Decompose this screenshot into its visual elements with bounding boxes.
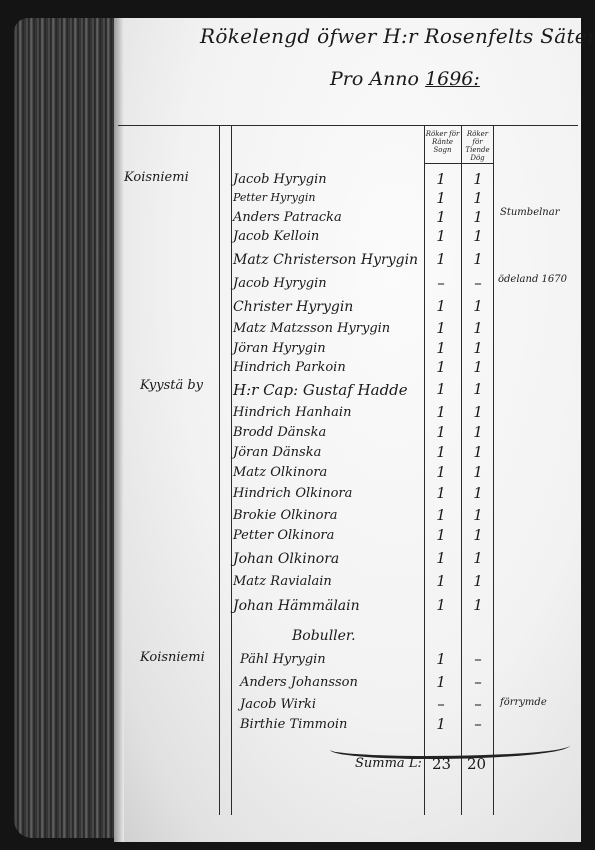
- row-name: Petter Olkinora: [233, 528, 334, 543]
- row-col1-value: 1: [430, 227, 452, 245]
- village-label: Kyystä by: [140, 378, 203, 393]
- row-name: Hindrich Hanhain: [233, 405, 351, 420]
- row-col2-value: –: [467, 695, 489, 713]
- name-column-rule-inner: [231, 125, 232, 815]
- row-col2-value: 1: [467, 227, 489, 245]
- row-name: Pähl Hyrygin: [240, 652, 326, 667]
- row-col1-value: 1: [430, 319, 452, 337]
- row-name: Hindrich Olkinora: [233, 486, 352, 501]
- row-name: Johan Hämmälain: [233, 598, 360, 614]
- row-col2-value: 1: [467, 549, 489, 567]
- row-col1-value: 1: [430, 208, 452, 226]
- row-col1-value: –: [430, 695, 452, 713]
- row-name: Brokie Olkinora: [233, 508, 337, 523]
- name-column-rule: [219, 125, 220, 815]
- row-col2-value: 1: [467, 250, 489, 268]
- col1-right-rule: [461, 125, 462, 815]
- row-col1-value: 1: [430, 443, 452, 461]
- scan-border: [581, 0, 595, 850]
- row-col1-value: 1: [430, 673, 452, 691]
- row-col2-value: –: [467, 673, 489, 691]
- page-subtitle: Pro Anno 1696:: [330, 68, 480, 90]
- row-name: Anders Johansson: [240, 675, 358, 690]
- row-col1-value: 1: [430, 403, 452, 421]
- row-name: Matz Ravialain: [233, 574, 332, 589]
- row-name: Johan Olkinora: [233, 551, 339, 567]
- summary-col1-total: 23: [432, 755, 451, 773]
- column-header-2: Röker för Tiende Dög: [462, 130, 493, 162]
- row-name: Jöran Dänska: [233, 445, 321, 460]
- row-col1-value: 1: [430, 549, 452, 567]
- page-title: Rökelengd öfwer H:r Rosenfelts Säteri: [200, 24, 595, 48]
- row-col2-value: 1: [467, 297, 489, 315]
- row-col2-value: –: [467, 650, 489, 668]
- row-col2-value: 1: [467, 484, 489, 502]
- page-gutter-shadow: [114, 18, 124, 842]
- row-col2-value: 1: [467, 423, 489, 441]
- village-label: Koisniemi: [124, 170, 189, 185]
- book-page-edges: [14, 18, 116, 838]
- row-col2-value: 1: [467, 358, 489, 376]
- row-name: H:r Cap: Gustaf Hadde: [233, 381, 408, 399]
- row-col1-value: 1: [430, 250, 452, 268]
- row-col2-value: 1: [467, 403, 489, 421]
- row-name: Birthie Timmoin: [240, 717, 347, 732]
- row-col1-value: 1: [430, 297, 452, 315]
- row-col1-value: 1: [430, 189, 452, 207]
- row-col2-value: 1: [467, 170, 489, 188]
- row-name: Jacob Hyrygin: [233, 172, 327, 187]
- row-name: Anders Patracka: [233, 210, 342, 225]
- subtitle-year: 1696:: [425, 68, 480, 90]
- row-name: Petter Hyrygin: [233, 191, 315, 204]
- row-name: Matz Matzsson Hyrygin: [233, 321, 390, 336]
- row-name: Hindrich Parkoin: [233, 360, 346, 375]
- row-note: ödeland 1670: [498, 274, 567, 285]
- summary-label: Summa L:: [355, 756, 422, 771]
- row-name: Jacob Kelloin: [233, 229, 319, 244]
- row-note: Stumbelnar: [500, 207, 560, 218]
- row-col2-value: 1: [467, 208, 489, 226]
- row-name: Jacob Wirki: [240, 697, 316, 712]
- subtitle-prefix: Pro Anno: [330, 68, 419, 90]
- row-col1-value: 1: [430, 572, 452, 590]
- ledger-page: [114, 18, 581, 842]
- row-col1-value: 1: [430, 423, 452, 441]
- header-rule: [118, 125, 578, 126]
- row-name: Matz Olkinora: [233, 465, 327, 480]
- row-col2-value: 1: [467, 596, 489, 614]
- row-col1-value: 1: [430, 650, 452, 668]
- row-col1-value: 1: [430, 339, 452, 357]
- row-col2-value: 1: [467, 526, 489, 544]
- row-name: Matz Christerson Hyrygin: [233, 252, 418, 268]
- row-col1-value: 1: [430, 380, 452, 398]
- row-col2-value: 1: [467, 443, 489, 461]
- col2-right-rule: [493, 125, 494, 815]
- row-col2-value: –: [467, 715, 489, 733]
- row-col1-value: –: [430, 274, 452, 292]
- column-header-rule: [424, 163, 493, 164]
- row-col2-value: 1: [467, 189, 489, 207]
- row-col1-value: 1: [430, 484, 452, 502]
- column-header-1: Röker för Ränte Sogn: [425, 130, 460, 154]
- row-col2-value: 1: [467, 572, 489, 590]
- row-name: Brodd Dänska: [233, 425, 326, 440]
- row-col2-value: 1: [467, 506, 489, 524]
- row-col2-value: 1: [467, 380, 489, 398]
- row-col2-value: 1: [467, 463, 489, 481]
- village-label: Koisniemi: [140, 650, 205, 665]
- section-heading: Bobuller.: [292, 628, 356, 644]
- row-col1-value: 1: [430, 526, 452, 544]
- row-name: Jöran Hyrygin: [233, 341, 326, 356]
- row-col1-value: 1: [430, 170, 452, 188]
- row-name: Jacob Hyrygin: [233, 276, 327, 291]
- row-col2-value: 1: [467, 339, 489, 357]
- row-col2-value: 1: [467, 319, 489, 337]
- row-col1-value: 1: [430, 506, 452, 524]
- row-col1-value: 1: [430, 596, 452, 614]
- row-note: förrymde: [500, 697, 547, 708]
- row-col1-value: 1: [430, 715, 452, 733]
- row-col1-value: 1: [430, 358, 452, 376]
- row-col1-value: 1: [430, 463, 452, 481]
- row-col2-value: –: [467, 274, 489, 292]
- col1-left-rule: [424, 125, 425, 815]
- row-name: Christer Hyrygin: [233, 299, 353, 315]
- summary-col2-total: 20: [467, 755, 486, 773]
